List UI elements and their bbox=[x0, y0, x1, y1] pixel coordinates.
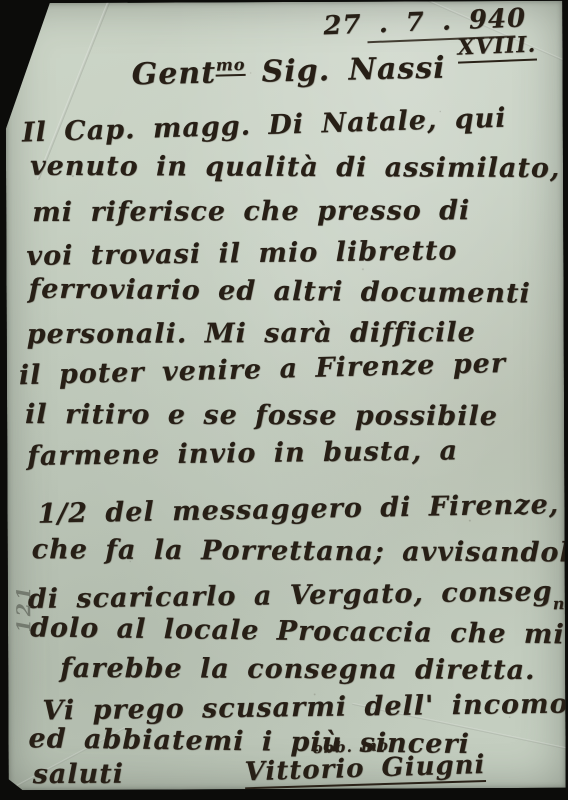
letter-line: Il Cap. magg. Di Natale, qui bbox=[21, 103, 507, 149]
letter-line: venuto in qualità di assimilato, bbox=[30, 151, 560, 184]
letter-line: personali. Mi sarà difficile bbox=[27, 317, 476, 350]
word-wrap-fragment: nan bbox=[553, 594, 568, 613]
scanner-background: { "document": { "kind": "handwritten pos… bbox=[0, 0, 568, 800]
letter-line: farmene invio in busta, a bbox=[27, 435, 458, 472]
letter-line: ferroviario ed altri documenti bbox=[28, 274, 530, 310]
signature-name: Vittorio Giugni bbox=[244, 750, 486, 789]
salutation-recipient: Sig. Nassi bbox=[261, 51, 446, 90]
postcard-scan: 27 . 7 . 940 XVIII. GentmoSig. Nassi Il … bbox=[5, 1, 565, 790]
letter-line: Vi prego scusarmi dell' incomodo bbox=[42, 688, 568, 726]
salutation-superscript: mo bbox=[216, 55, 246, 77]
letter-line: mi riferisce che presso di bbox=[32, 195, 470, 228]
letter-line: dolo al locale Procaccia che mi- bbox=[30, 612, 568, 650]
closing-line: saluti bbox=[33, 759, 124, 790]
fascist-era-year: XVIII. bbox=[457, 32, 537, 64]
margin-number: 121 bbox=[13, 584, 35, 633]
letter-line: farebbe la consegna diretta. bbox=[60, 653, 535, 686]
letter-line: il ritiro e se fosse possibile bbox=[25, 399, 498, 432]
salutation: GentmoSig. Nassi bbox=[131, 51, 446, 93]
letter-line: il poter venire a Firenze per bbox=[19, 348, 507, 391]
salutation-prefix: Gent bbox=[131, 56, 216, 93]
letter-line: voi trovasi il mio libretto bbox=[26, 235, 457, 272]
letter-line: 1/2 del messaggero di Firenze, bbox=[37, 489, 559, 530]
letter-line-text: di scaricarlo a Vergato, conseg bbox=[28, 576, 553, 615]
letter-line: che fa la Porrettana; avvisandolo bbox=[32, 534, 568, 568]
